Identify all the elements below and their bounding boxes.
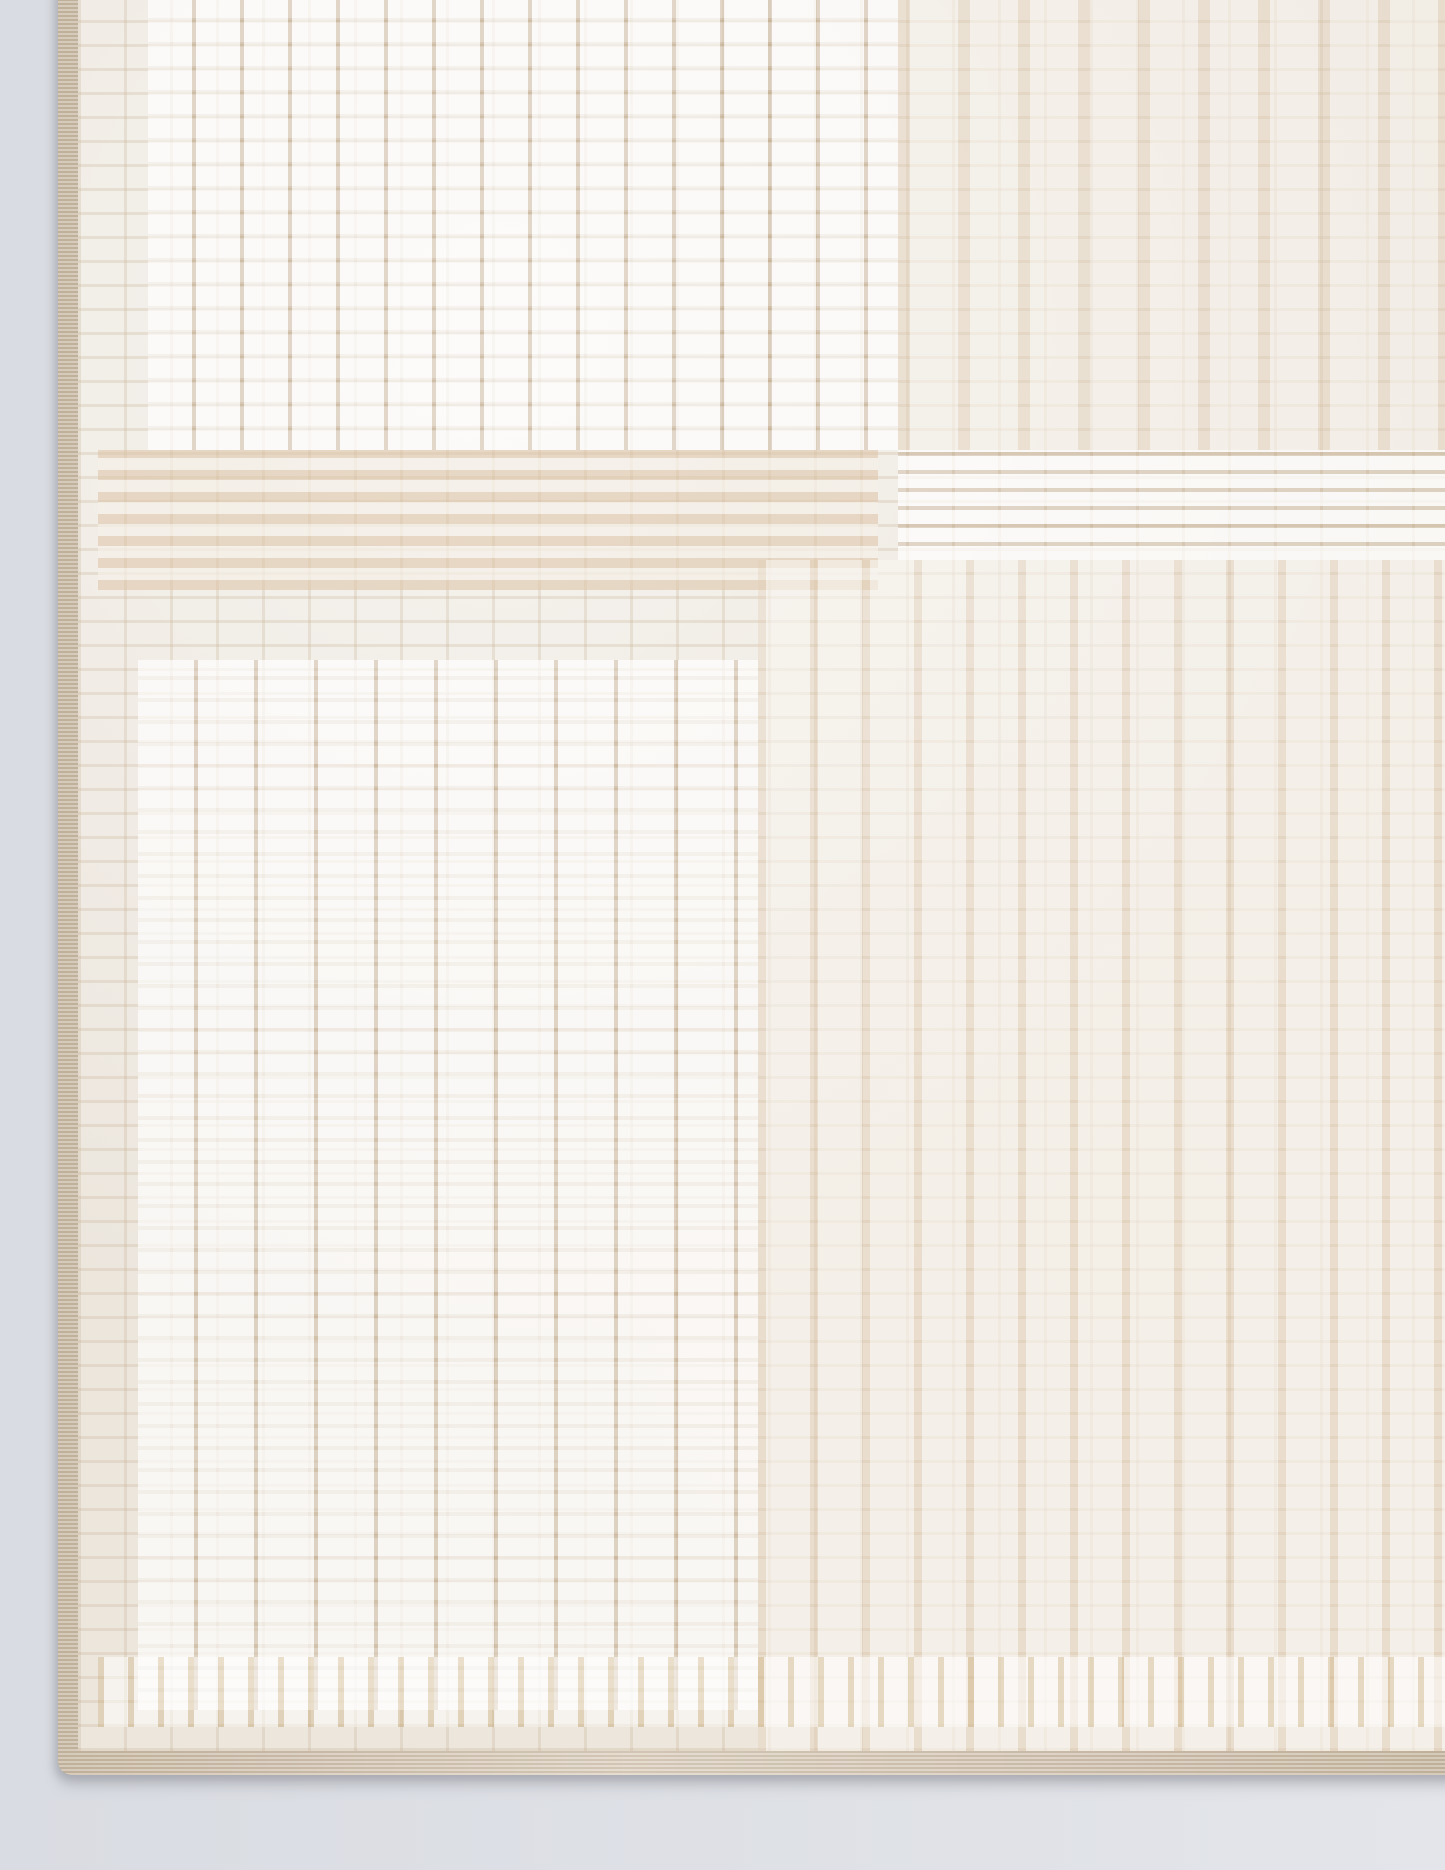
rug-pattern-panel-bottom-right xyxy=(758,560,1445,1751)
rug-bottom-pile-edge xyxy=(98,1657,1445,1727)
rug-pattern-panel-top-right xyxy=(898,0,1445,450)
rug-pattern-panel-top-left xyxy=(148,0,898,450)
rug-pattern-band-right xyxy=(898,450,1445,560)
rug xyxy=(58,0,1445,1775)
rug-pattern-panel-bottom-left xyxy=(138,660,758,1710)
rug-pile-field xyxy=(78,0,1445,1751)
